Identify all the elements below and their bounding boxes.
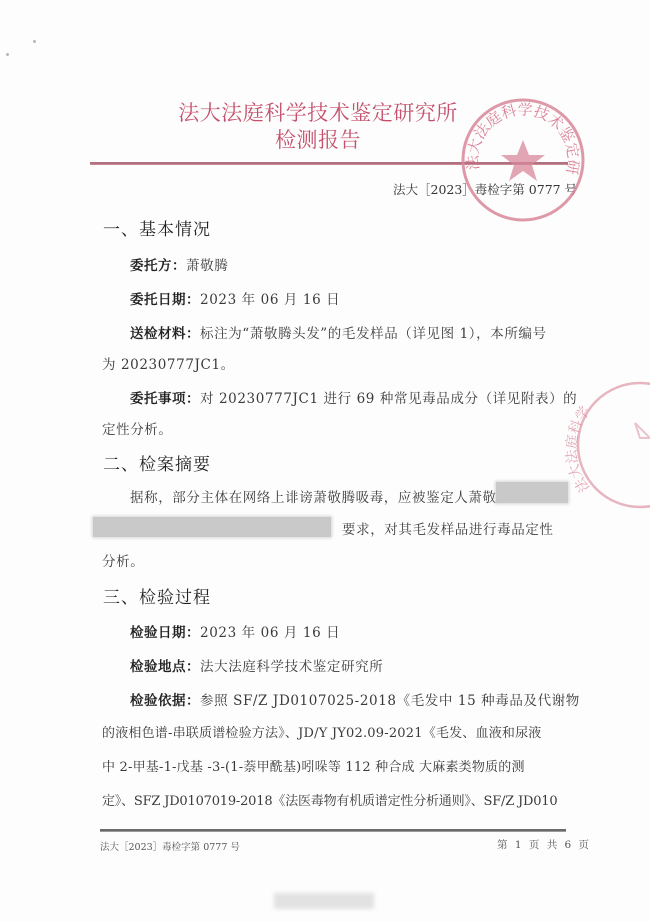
test-date-label: 检验日期：: [130, 625, 200, 641]
test-basis-row: 检验依据：参照 SF/Z JD0107025-2018《毛发中 15 种毒品及代…: [130, 689, 580, 709]
material-value: 标注为“萧敬腾头发”的毛发样品（详见图 1），本所编号: [200, 326, 547, 342]
section-heading-basic-info: 一、基本情况: [103, 215, 211, 240]
footer-page-info: 第 1 页 共 6 页: [497, 837, 591, 852]
material-label: 送检材料：: [130, 326, 200, 342]
star-icon: [501, 140, 545, 181]
test-basis-line-2: 的液相色谱-串联质谱检验方法》、JD/Y JY02.09-2021《毛发、血液和…: [102, 722, 542, 741]
document-page: 法大法庭科学技术鉴定研究所 检测报告 法大［2023］毒检字第 0777 号 法…: [0, 0, 650, 922]
test-location-row: 检验地点：法大法庭科学技术鉴定研究所: [130, 655, 383, 675]
client-label: 委托方：: [130, 258, 186, 274]
case-summary-line-3: 分析。: [102, 550, 144, 570]
official-seal-top: 法大法庭科学技术鉴定研究所: [458, 95, 588, 225]
test-location-label: 检验地点：: [130, 659, 200, 675]
matter-row: 委托事项：对 20230777JC1 进行 69 种常见毒品成分（详见附表）的: [130, 387, 577, 407]
case-summary-line-2: 要求，对其毛发样品进行毒品定性: [342, 518, 554, 538]
test-basis-value: 参照 SF/Z JD0107025-2018《毛发中 15 种毒品及代谢物: [200, 693, 580, 709]
test-location-value: 法大法庭科学技术鉴定研究所: [200, 659, 383, 675]
material-row: 送检材料：标注为“萧敬腾头发”的毛发样品（详见图 1），本所编号: [130, 322, 547, 342]
footer-divider: [100, 829, 566, 832]
test-basis-line-4: 定》、SFZ JD0107019-2018《法医毒物有机质谱定性分析通则》、SF…: [102, 790, 557, 809]
client-value: 萧敬腾: [186, 258, 228, 274]
test-basis-label: 检验依据：: [130, 693, 200, 709]
official-seal-side: 法大法庭科学: [560, 378, 650, 513]
section-heading-process: 三、检验过程: [103, 583, 211, 608]
footer-doc-ref: 法大［2023］毒检字第 0777 号: [100, 839, 240, 853]
test-date-row: 检验日期：2023 年 06 月 16 日: [130, 621, 340, 641]
commission-date-value: 2023 年 06 月 16 日: [200, 292, 340, 308]
commission-date-row: 委托日期：2023 年 06 月 16 日: [130, 288, 340, 308]
matter-label: 委托事项：: [130, 391, 200, 407]
star-icon: [635, 423, 650, 438]
test-date-value: 2023 年 06 月 16 日: [200, 625, 340, 641]
test-basis-line-3: 中 2-甲基-1-戊基 -3-(1-萘甲酰基)吲哚等 112 种合成 大麻素类物…: [102, 756, 525, 775]
redaction-block: [496, 482, 568, 503]
commission-date-label: 委托日期：: [130, 292, 200, 308]
client-row: 委托方：萧敬腾: [130, 254, 228, 274]
section-heading-case-summary: 二、检案摘要: [103, 450, 211, 475]
scan-speck: [6, 53, 9, 56]
scan-speck: [33, 40, 36, 43]
case-summary-line-1: 据称，部分主体在网络上诽谤萧敬腾吸毒，应被鉴定人萧敬腾: [130, 486, 511, 506]
matter-value-cont: 定性分析。: [102, 418, 173, 438]
matter-value: 对 20230777JC1 进行 69 种常见毒品成分（详见附表）的: [200, 391, 577, 407]
material-value-cont: 为 20230777JC1。: [102, 353, 235, 373]
blurred-watermark: [274, 893, 374, 909]
redaction-block: [93, 517, 331, 537]
